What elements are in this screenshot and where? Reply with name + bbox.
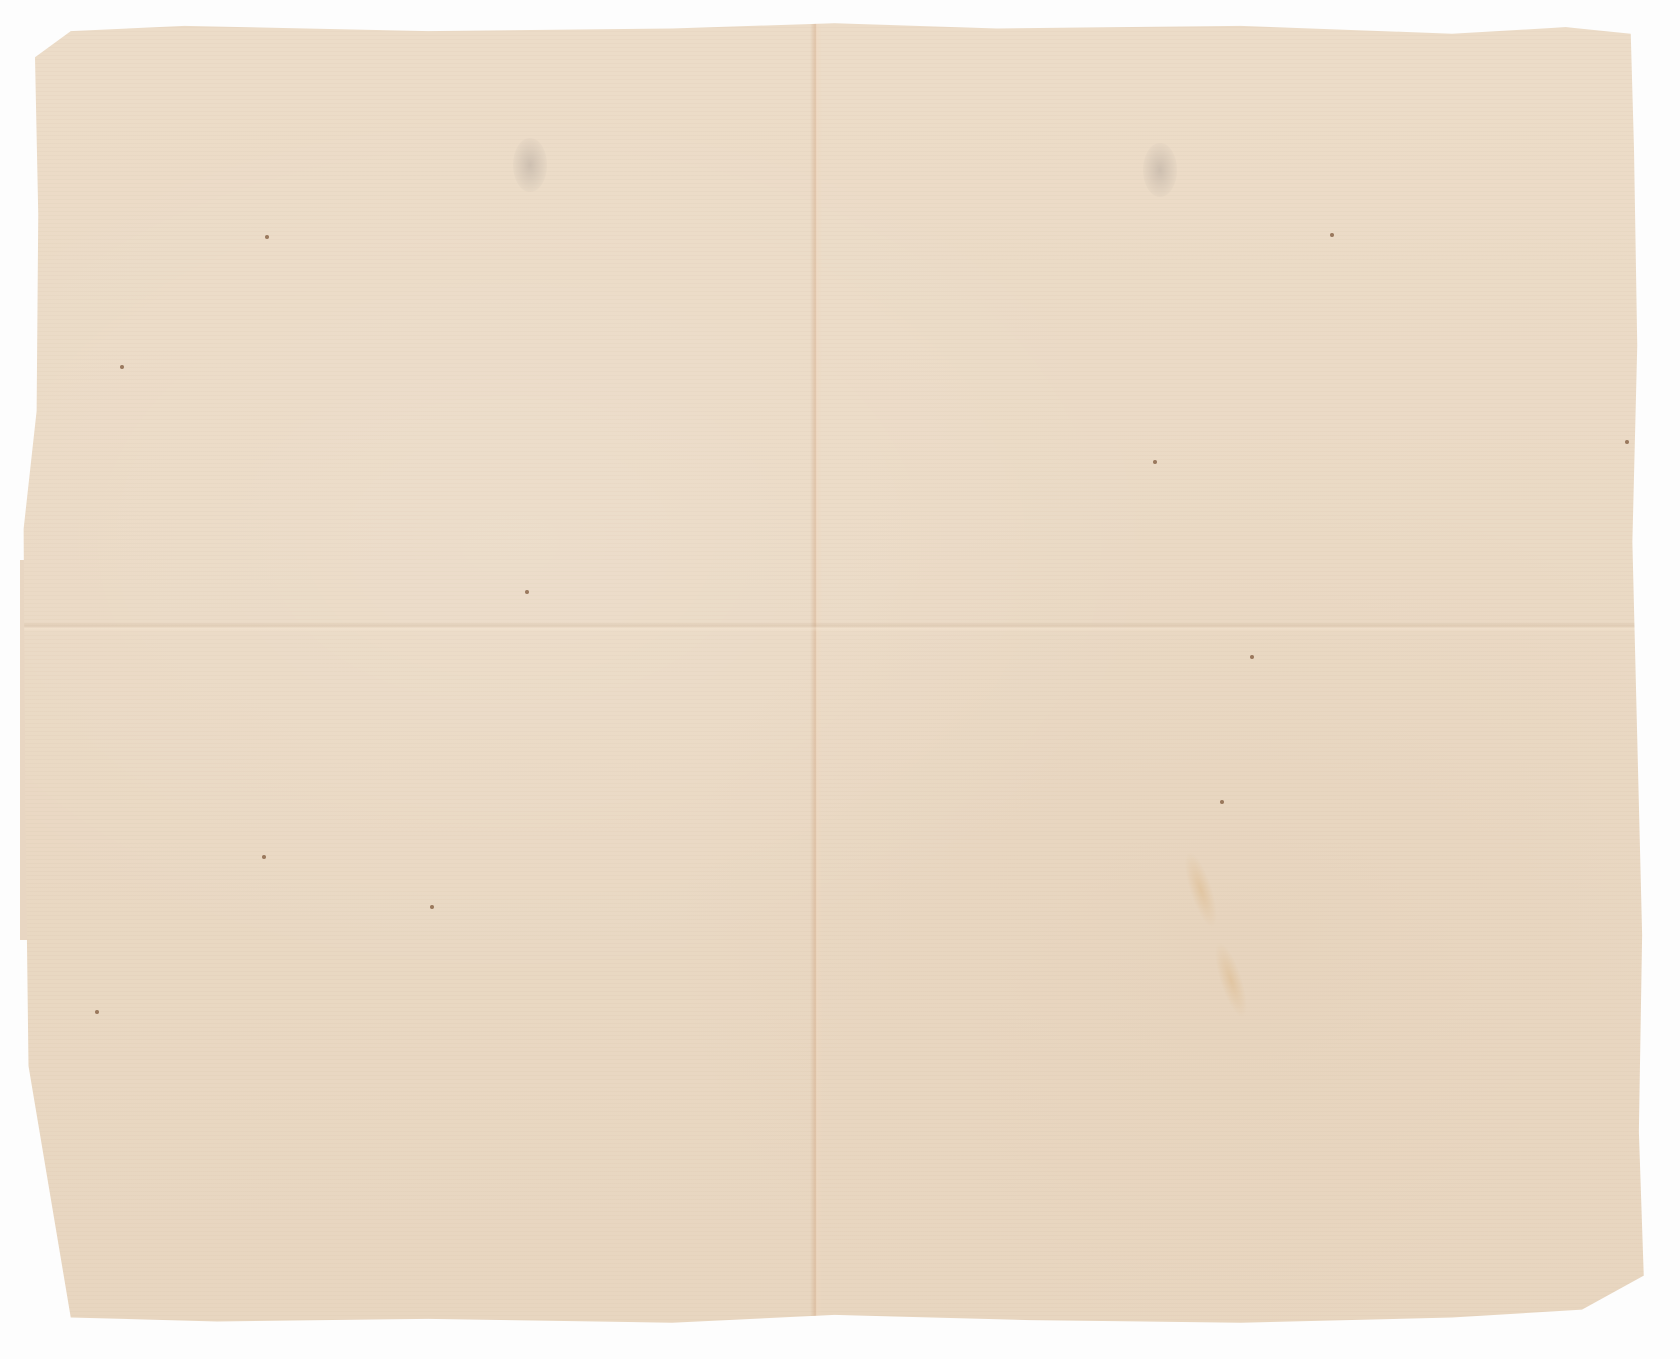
foxing-speck [262,855,266,859]
foxing-speck [120,365,124,369]
foxing-speck [1330,233,1334,237]
foxing-speck [1220,800,1224,804]
foxing-speck [525,590,529,594]
foxing-speck [430,905,434,909]
foxing-speck [1153,460,1157,464]
foxing-speck [1625,440,1629,444]
horizontal-fold-line [22,622,1647,632]
foxing-speck [95,1010,99,1014]
watermark-spot [1143,143,1177,197]
foxing-speck [265,235,269,239]
vertical-fold-line [810,18,822,1328]
scan-background [0,0,1680,1359]
watermark-spot [513,138,547,192]
age-stain [1178,849,1224,932]
age-stain [1208,939,1254,1022]
foxing-speck [1250,655,1254,659]
blank-paper-sheet [22,18,1647,1328]
